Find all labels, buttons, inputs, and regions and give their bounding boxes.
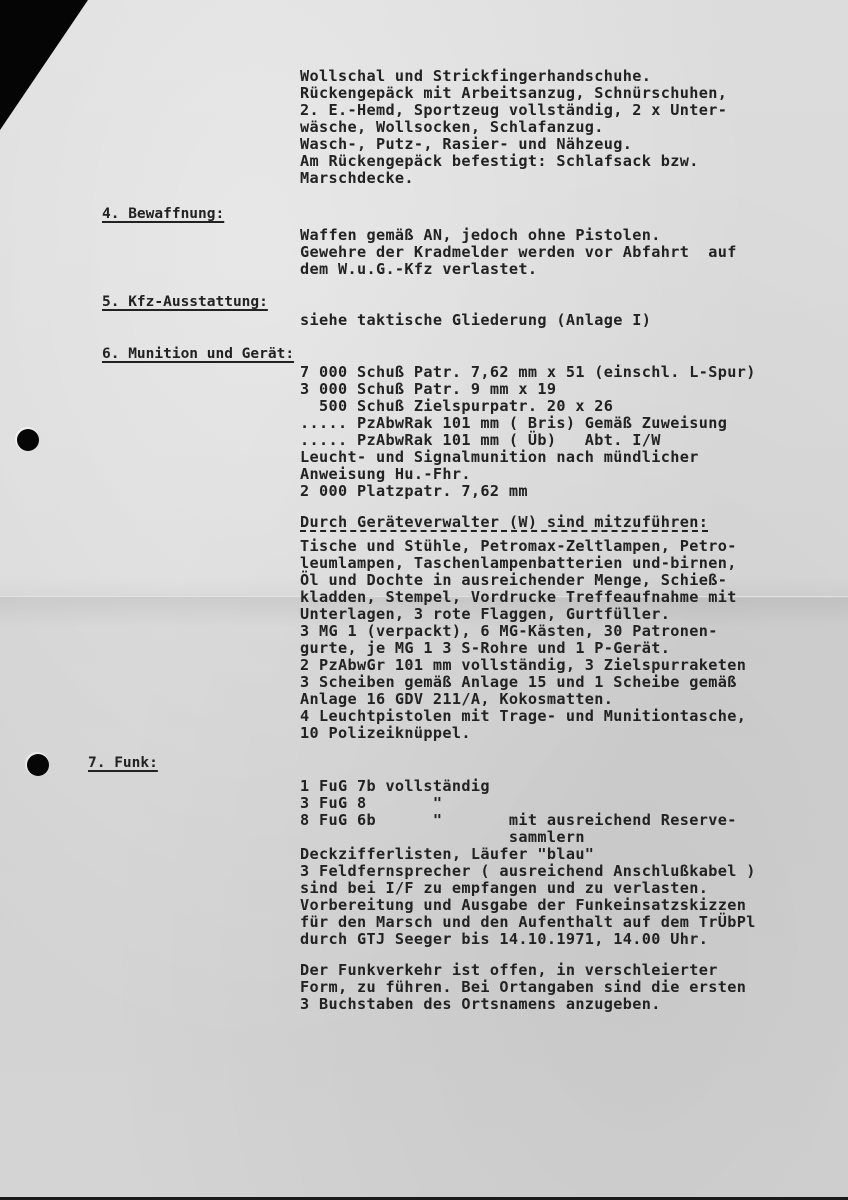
text-line: 4 Leuchtpistolen mit Trage- und Munition… bbox=[300, 708, 746, 725]
section-geraeteverwalter-body: Durch Geräteverwalter (W) sind mitzuführ… bbox=[300, 514, 746, 742]
text-line: sind bei I/F zu empfangen und zu verlast… bbox=[300, 880, 756, 897]
text-line: ..... PzAbwRak 101 mm ( Bris) Gemäß Zuwe… bbox=[300, 415, 756, 432]
subheading-geraeteverwalter: Durch Geräteverwalter (W) sind mitzuführ… bbox=[300, 514, 746, 531]
text-line: Tische und Stühle, Petromax-Zeltlampen, … bbox=[300, 538, 746, 555]
text-line: 2. E.-Hemd, Sportzeug vollständig, 2 x U… bbox=[300, 102, 727, 119]
text-line: Anweisung Hu.-Fhr. bbox=[300, 466, 756, 483]
text-line: Wasch-, Putz-, Rasier- und Nähzeug. bbox=[300, 136, 727, 153]
text-line: Gewehre der Kradmelder werden vor Abfahr… bbox=[300, 244, 737, 261]
intro-block: Wollschal und Strickfingerhandschuhe. Rü… bbox=[300, 68, 727, 187]
text-line: 3 Feldfernsprecher ( ausreichend Anschlu… bbox=[300, 863, 756, 880]
text-line: Rückengepäck mit Arbeitsanzug, Schnürsch… bbox=[300, 85, 727, 102]
section-heading-kfz-ausstattung: 5. Kfz-Ausstattung: bbox=[102, 294, 268, 311]
text-line: Form, zu führen. Bei Ortangaben sind die… bbox=[300, 979, 746, 996]
text-line: 8 FuG 6b " mit ausreichend Reserve- bbox=[300, 812, 756, 829]
section-bewaffnung-body: Waffen gemäß AN, jedoch ohne Pistolen. G… bbox=[300, 227, 737, 278]
text-line: durch GTJ Seeger bis 14.10.1971, 14.00 U… bbox=[300, 931, 756, 948]
text-line: Marschdecke. bbox=[300, 170, 727, 187]
section-heading-funk: 7. Funk: bbox=[88, 755, 158, 772]
text-line: gurte, je MG 1 3 S-Rohre und 1 P-Gerät. bbox=[300, 640, 746, 657]
text-line: siehe taktische Gliederung (Anlage I) bbox=[300, 312, 651, 329]
text-line: wäsche, Wollsocken, Schlafanzug. bbox=[300, 119, 727, 136]
section-heading-munition: 6. Munition und Gerät: bbox=[102, 346, 294, 363]
text-line: 3 000 Schuß Patr. 9 mm x 19 bbox=[300, 381, 756, 398]
text-line: Waffen gemäß AN, jedoch ohne Pistolen. bbox=[300, 227, 737, 244]
text-line: kladden, Stempel, Vordrucke Treffeaufnah… bbox=[300, 589, 746, 606]
text-line: 2 PzAbwGr 101 mm vollständig, 3 Zielspur… bbox=[300, 657, 746, 674]
text-line: leumlampen, Taschenlampenbatterien und-b… bbox=[300, 555, 746, 572]
text-line: 7 000 Schuß Patr. 7,62 mm x 51 (einschl.… bbox=[300, 364, 756, 381]
section-funk-paragraph: Der Funkverkehr ist offen, in verschleie… bbox=[300, 962, 746, 1013]
scan-corner-shadow bbox=[0, 0, 88, 130]
text-line: dem W.u.G.-Kfz verlastet. bbox=[300, 261, 737, 278]
text-line: ..... PzAbwRak 101 mm ( Üb) Abt. I/W bbox=[300, 432, 756, 449]
text-line: Deckzifferlisten, Läufer "blau" bbox=[300, 846, 756, 863]
text-line: 3 FuG 8 " bbox=[300, 795, 756, 812]
section-munition-body: 7 000 Schuß Patr. 7,62 mm x 51 (einschl.… bbox=[300, 364, 756, 500]
text-line: 3 MG 1 (verpackt), 6 MG-Kästen, 30 Patro… bbox=[300, 623, 746, 640]
text-line: Vorbereitung und Ausgabe der Funkeinsatz… bbox=[300, 897, 756, 914]
text-line: Leucht- und Signalmunition nach mündlich… bbox=[300, 449, 756, 466]
punch-hole-icon bbox=[27, 754, 49, 776]
text-line: Öl und Dochte in ausreichender Menge, Sc… bbox=[300, 572, 746, 589]
text-line: Am Rückengepäck befestigt: Schlafsack bz… bbox=[300, 153, 727, 170]
text-line: sammlern bbox=[300, 829, 756, 846]
text-line: Wollschal und Strickfingerhandschuhe. bbox=[300, 68, 727, 85]
section-funk-body: 1 FuG 7b vollständig 3 FuG 8 " 8 FuG 6b … bbox=[300, 778, 756, 948]
section-kfz-body: siehe taktische Gliederung (Anlage I) bbox=[300, 312, 651, 329]
text-line: 3 Buchstaben des Ortsnamens anzugeben. bbox=[300, 996, 746, 1013]
text-line: 3 Scheiben gemäß Anlage 15 und 1 Scheibe… bbox=[300, 674, 746, 691]
text-line: Der Funkverkehr ist offen, in verschleie… bbox=[300, 962, 746, 979]
text-line: 500 Schuß Zielspurpatr. 20 x 26 bbox=[300, 398, 756, 415]
text-line: Anlage 16 GDV 211/A, Kokosmatten. bbox=[300, 691, 746, 708]
text-line: für den Marsch und den Aufenthalt auf de… bbox=[300, 914, 756, 931]
section-heading-bewaffnung: 4. Bewaffnung: bbox=[102, 206, 224, 223]
text-line: Unterlagen, 3 rote Flaggen, Gurtfüller. bbox=[300, 606, 746, 623]
text-line: 2 000 Platzpatr. 7,62 mm bbox=[300, 483, 756, 500]
text-line: 10 Polizeiknüppel. bbox=[300, 725, 746, 742]
text-line: 1 FuG 7b vollständig bbox=[300, 778, 756, 795]
punch-hole-icon bbox=[17, 429, 39, 451]
